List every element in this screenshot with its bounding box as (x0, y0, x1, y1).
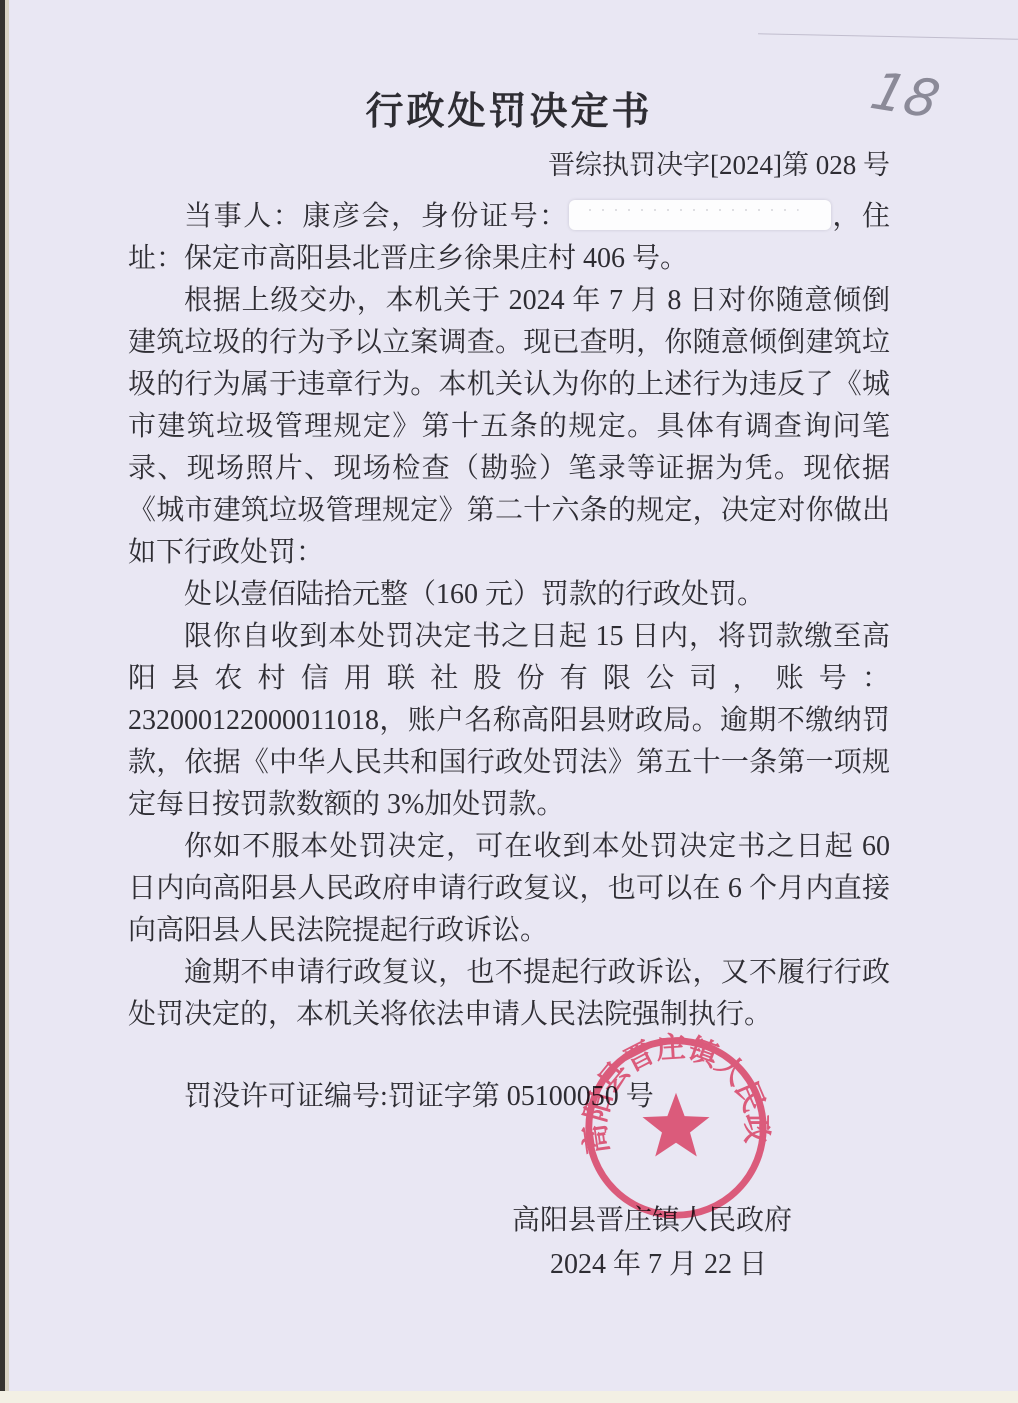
scanned-document-page: 18 行政处罚决定书 晋综执罚决字[2024]第 028 号 当事人：康彦会，身… (0, 0, 1018, 1403)
body-paragraph-appeal-rights: 你如不服本处罚决定，可在收到本处罚决定书之日起 60 日内向高阳县人民政府申请行… (128, 826, 890, 952)
body-paragraph-payment: 限你自收到本处罚决定书之日起 15 日内，将罚款缴至高阳县农村信用联社股份有限公… (128, 616, 890, 826)
document-content: 行政处罚决定书 晋综执罚决字[2024]第 028 号 当事人：康彦会，身份证号… (0, 0, 1018, 1288)
id-number-redaction (569, 200, 831, 230)
body-paragraph-enforcement: 逾期不申请行政复议，也不提起行政诉讼，又不履行行政处罚决定的，本机关将依法申请人… (128, 952, 890, 1036)
party-paragraph: 当事人：康彦会，身份证号：，住址：保定市高阳县北晋庄乡徐果庄村 406 号。 (128, 196, 890, 280)
issuer-name: 高阳县晋庄镇人民政府 (128, 1200, 890, 1242)
body-paragraph-investigation: 根据上级交办，本机关于 2024 年 7 月 8 日对你随意倾倒建筑垃圾的行为予… (128, 280, 890, 574)
body-paragraph-penalty: 处以壹佰陆拾元整（160 元）罚款的行政处罚。 (128, 574, 890, 616)
party-text-before: 当事人：康彦会，身份证号： (184, 201, 569, 232)
issue-date: 2024 年 7 月 22 日 (128, 1242, 890, 1288)
official-seal: 高阳县晋庄镇人民政府 (578, 1030, 774, 1226)
document-title: 行政处罚决定书 (128, 88, 890, 136)
permit-number-line: 罚没许可证编号:罚证字第 05100050 号 (128, 1076, 890, 1118)
star-icon (642, 1093, 709, 1157)
document-number: 晋综执罚决字[2024]第 028 号 (128, 144, 890, 186)
scan-edge-bottom (0, 1391, 1018, 1403)
